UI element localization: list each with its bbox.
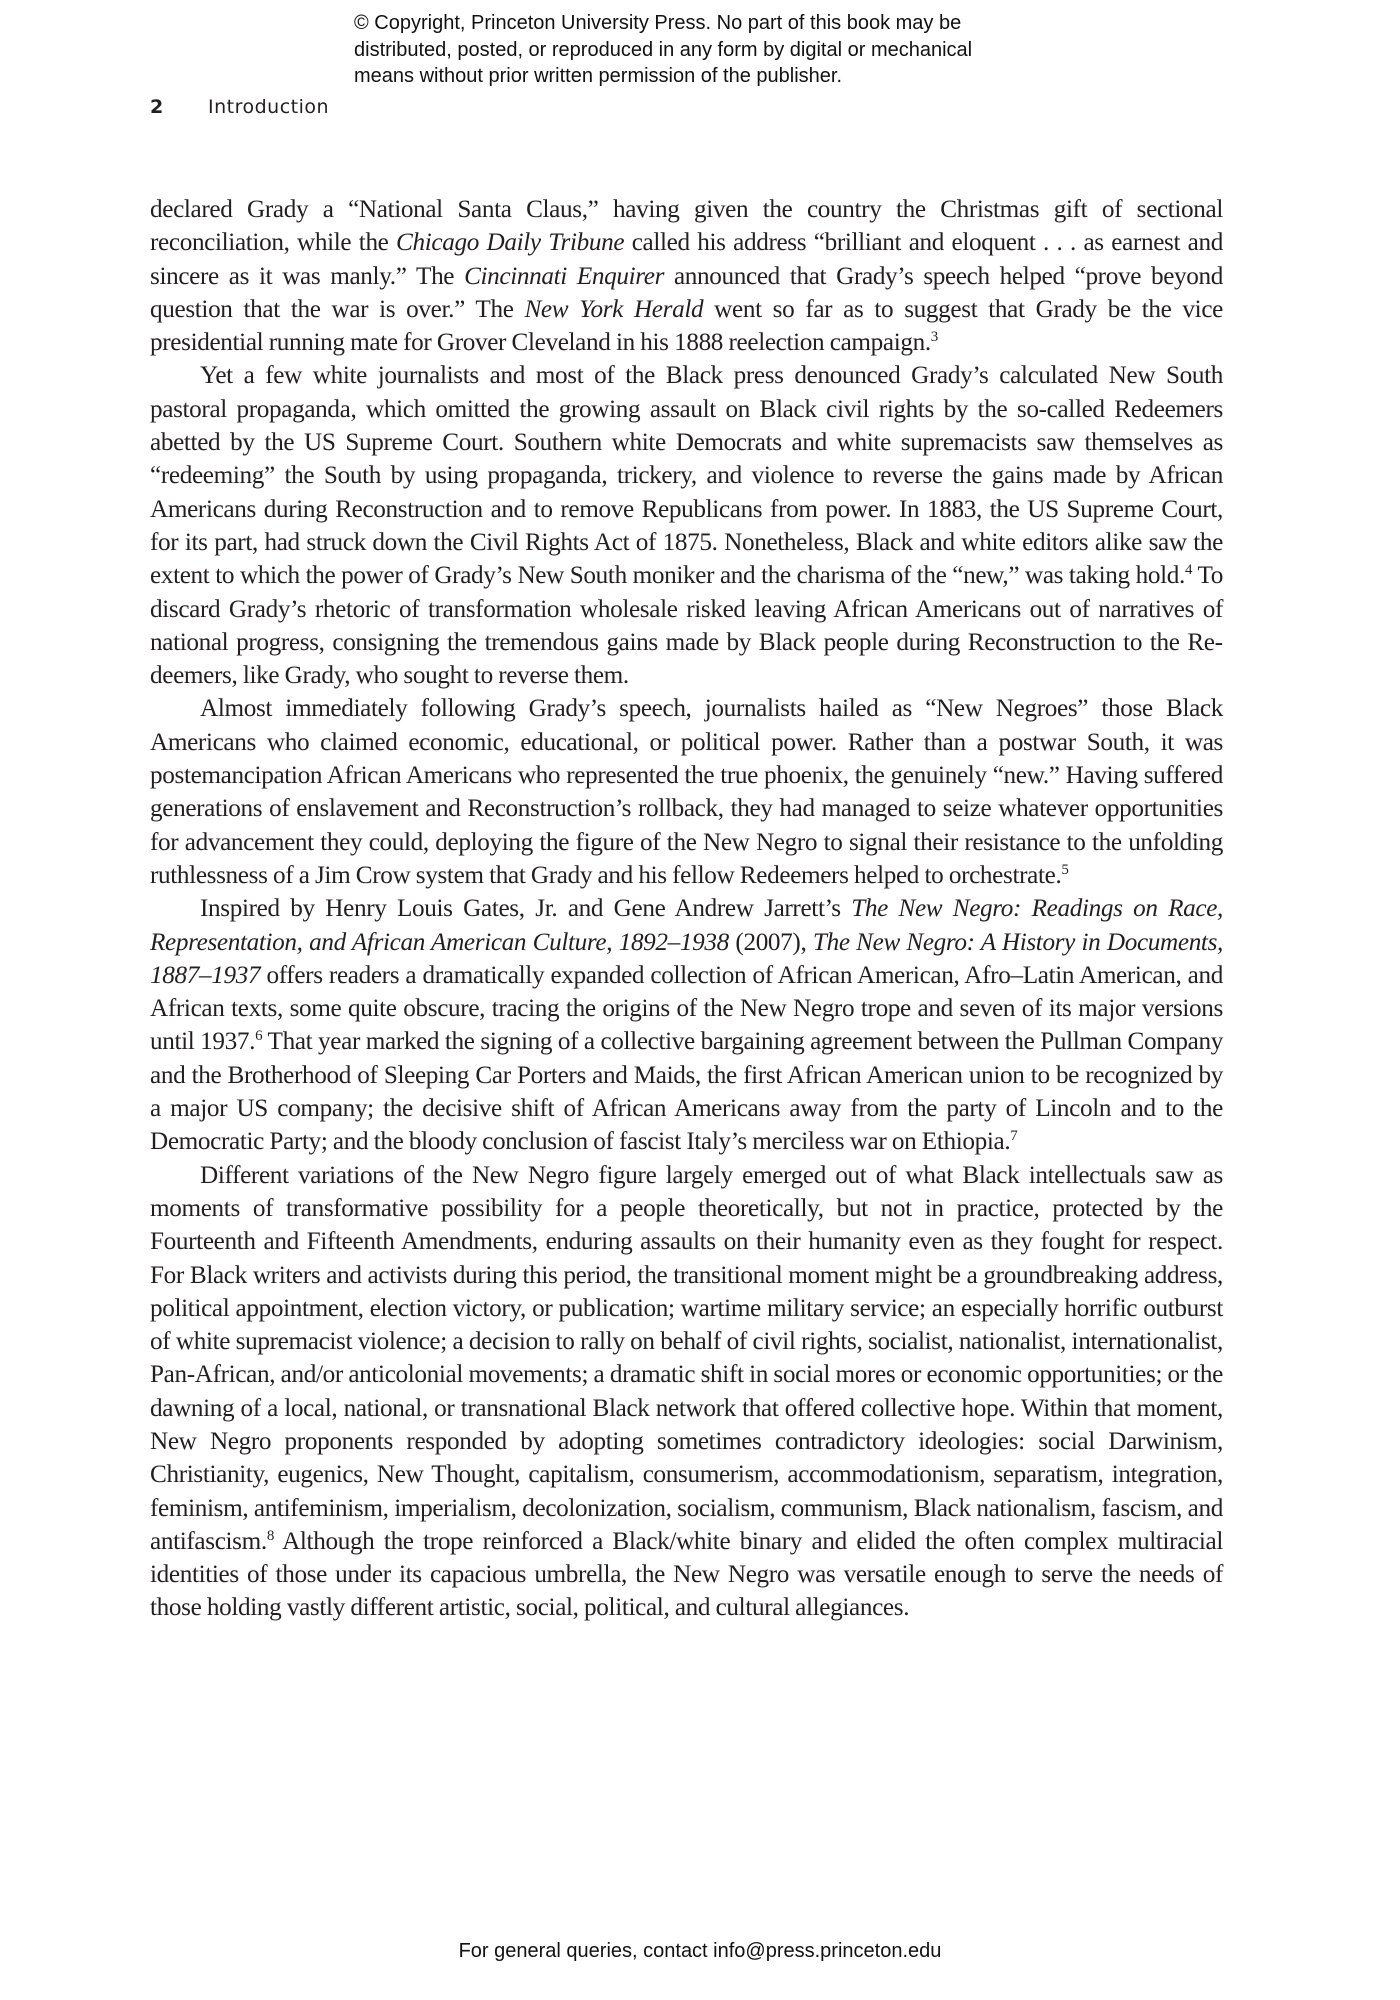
text-run: That year marked the signing of a collec… (150, 1028, 1223, 1155)
paragraph: Almost immediately following Grady’s spe… (150, 692, 1223, 892)
paragraph: Yet a few white journalists and most of … (150, 359, 1223, 692)
italic-title: New York Herald (524, 296, 703, 323)
footnote-marker: 8 (267, 1528, 274, 1544)
section-title: Introduction (208, 96, 329, 118)
italic-title: Cincinnati Enquirer (464, 263, 664, 290)
footnote-marker: 3 (931, 329, 938, 345)
text-run: Almost immediately following Grady’s spe… (150, 695, 1223, 888)
text-run: Different variations of the New Negro fi… (150, 1162, 1223, 1555)
page-number: 2 (150, 96, 208, 118)
paragraph: Different variations of the New Negro fi… (150, 1159, 1223, 1625)
copyright-notice: © Copyright, Princeton University Press.… (354, 10, 1114, 90)
copyright-line: distributed, posted, or reproduced in an… (354, 37, 1114, 64)
text-run: Although the trope reinforced a Black/wh… (150, 1528, 1223, 1622)
italic-title: Chicago Daily Tribune (396, 229, 624, 256)
paragraph: declared Grady a “National Santa Claus,”… (150, 193, 1223, 359)
running-head: 2 Introduction (150, 96, 329, 118)
footnote-marker: 7 (1010, 1128, 1017, 1144)
text-run: Inspired by Henry Louis Gates, Jr. and G… (200, 895, 851, 922)
paragraph: Inspired by Henry Louis Gates, Jr. and G… (150, 892, 1223, 1158)
copyright-line: means without prior written permission o… (354, 63, 1114, 90)
text-run: Yet a few white journalists and most of … (150, 362, 1223, 589)
footer-contact: For general queries, contact info@press.… (0, 1940, 1400, 1963)
body-text: declared Grady a “National Santa Claus,”… (150, 193, 1223, 1625)
copyright-line: © Copyright, Princeton University Press.… (354, 10, 1114, 37)
text-run: (2007), (729, 929, 813, 956)
footnote-marker: 5 (1061, 862, 1068, 878)
